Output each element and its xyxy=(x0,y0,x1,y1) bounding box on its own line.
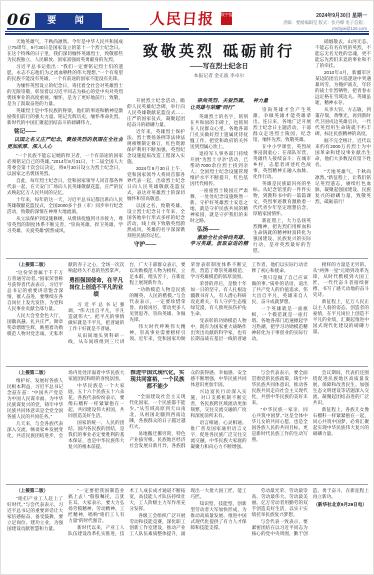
paragraph: 兴边富民行动深入实施，对口支援机制不断完善，各民族跨区域流动更加频繁，交往交流交… xyxy=(190,389,246,419)
section-intro: 以国之名义庄严纪念，褒扬英烈的氛围在全社会更加浓厚、深入人心 xyxy=(7,137,123,151)
paragraph: 十年来，每年的这一天，习近平总书记都出席向人民英雄敬献花篮仪式，全国2000多个… xyxy=(7,197,123,215)
paragraph: 新征程上，大力弘扬英烈精神，把先烈们用鲜血和生命铸就的精神财富转化为强国建设、民… xyxy=(253,218,311,254)
paragraph: 会议期间，代表们还围绕促进民族地区高质量发展、保障和改善民生、加强生态文明建设等… xyxy=(313,370,369,406)
paragraph: 据不完全统计，近代以来约有2000万名烈士为中国革命和建设事业献出生命，他们大多… xyxy=(315,138,371,168)
paragraph: “中华民族一家亲，同心共筑中国梦。”这是全体中华儿女的共同心愿，也是全国各族人民… xyxy=(252,407,308,443)
paragraph: 语言相通、心灵相通。推广普及国家通用语言文字，促进各民族广泛交往交流交融，中华民… xyxy=(190,420,246,450)
crosshead: 推进中国式现代化，实现共同富裕，一个民族都不能少 xyxy=(130,370,184,391)
paragraph: 劳动最光荣、劳动最崇高、劳动最伟大、劳动最美丽。亿万劳动者用勤劳的双手创造美好生… xyxy=(252,488,308,518)
paragraph: 英雄烈士的名字，铭刻在共和国的丰碑上，也铭刻在人民群众心里。各地各部门扎实做好烈… xyxy=(190,114,248,150)
continued-marker: （上接第二版） xyxy=(7,262,63,269)
credit-line: （新华社北京9月29日电） xyxy=(313,502,369,508)
paragraph: “我只是做了自己应该做的事。”质朴的话语，道出了共产党人的价值追求。伟大出自平凡… xyxy=(252,275,308,305)
masthead-rule xyxy=(5,31,369,35)
paragraph: 一座座烈士陵园庄严肃穆，一处处纪念设施焕然一新。守护好英雄烈士安息之地，就是守护… xyxy=(190,188,248,224)
page-number: 06 xyxy=(7,12,31,28)
paragraph: 习近平总书记强调，“伟大出自平凡，平凡造就伟大”。把平凡的事情做好就是不平凡，把… xyxy=(68,302,124,332)
continued-marker: （上接第二版） xyxy=(7,370,63,377)
paragraph: 崇尚英雄才会产生英雄，争做英雄才能英雄辈出。连日来，各地广泛开展烈士纪念日主题活… xyxy=(253,107,311,143)
paragraph: 2024年9月30日上午，党和国家领导人将同首都各界代表一起，出席烈士纪念日向人… xyxy=(127,166,185,202)
main-article-right-column: 硝烟散去，山河无恙。不能忘有名有姓的英烈，不能忘无名无姓的忠魂，更不能忘先烈们未… xyxy=(315,39,371,254)
paragraph: 在中小学课堂，英烈故事浸润童心；在部队军营，英雄传人接续奋斗；在城市乡村，志愿者… xyxy=(253,144,311,180)
paragraph: 习近平总书记指出：“我们一定要铭记烈士们的遗愿，永志不忘他们为之流血牺牲的伟大理… xyxy=(7,64,123,82)
paragraph: “功勋模范人物是民族的精英、人民的楷模。”与会代表表示，一定要珍惜荣誉、再接再厉… xyxy=(129,287,185,323)
paragraph: 一个英雄就是一面旗帜，一个模范就是一座灯塔。各地各部门迅速掀起学习热潮，把学习功… xyxy=(252,306,308,342)
paragraph: “一个民族不能忘记她的捍卫者，一个有前途的国家必须铭记自己的英雄。”2014年8… xyxy=(7,153,123,177)
main-article-middle-columns: 开展烈士纪念活动，瞻仰人民英雄纪念碑，举行向人民英雄敬献花篮仪式……庄严的国家仪… xyxy=(127,98,311,255)
paragraph: 国家的统一、人民的团结、国内各民族的团结，是我们的事业必定要胜利的基本保证，也是… xyxy=(68,420,124,450)
section-label: 弘扬—— xyxy=(190,226,248,234)
paragraph: 英雄烈士是中华民族的脊梁，他们的事迹和精神是激励我们前行的强大力量。铭记光辉历史… xyxy=(7,108,123,126)
paragraph: 近年来，英雄烈士保护法、烈士褒扬条例等法律法规相继制定修订，红色资源保护利用不断… xyxy=(127,129,185,165)
paragraph: “全面建设社会主义现代化国家，一个民族都不能少。”从雪域高原到天山南北，从祖国北… xyxy=(129,394,185,430)
article-divider xyxy=(6,484,368,485)
section-label: 铭记—— xyxy=(7,128,123,136)
main-headline: 致敬英烈 砥砺前行 xyxy=(127,42,311,60)
paragraph: “这份荣誉属于千千万万普通劳动者。”国家荣誉称号获得者代表表示，习近平总书记的重… xyxy=(7,270,63,312)
main-article-lede-column: 天地英雄气，千秋尚凛然。今年是中华人民共和国成立75周年，9月30日是国家设立的… xyxy=(7,39,123,254)
paragraph: 自此，每年烈士纪念日，党和国家领导人同首都各界代表一起，在天安门广场向人民英雄敬… xyxy=(7,178,123,196)
continued-marker: （上接第二版） xyxy=(7,488,63,495)
dateline: 2024年9月30日 星期一 xyxy=(262,13,367,20)
masthead-seal-icon: 数字报 xyxy=(221,12,232,25)
main-byline: 本报记者 金正波 李卓尔 xyxy=(127,74,311,80)
masthead-meta: 2024年9月30日 星期一 责编：要闻编辑室 版式：张丹峰 电子信箱：rmrb… xyxy=(262,13,367,32)
main-headline-block: 致敬英烈 砥砺前行 ——写在烈士纪念日 本报记者 金正波 李卓尔 xyxy=(127,39,311,95)
newspaper-page: 06 要 闻 人民日报 数字报 2024年9月30日 星期一 责编：要闻编辑室 … xyxy=(0,0,374,575)
article-2-continued: （上接第二版）“这份荣誉属于千千万万普通劳动者。”国家荣誉称号获得者代表表示，习… xyxy=(1,262,374,363)
section-intro: 崇尚英烈、关爱烈属，让英雄与荣耀“同行” xyxy=(190,98,248,112)
masthead: 06 要 闻 人民日报 数字报 2024年9月30日 星期一 责编：要闻编辑室 … xyxy=(7,8,367,31)
section-label: 守护—— xyxy=(127,241,185,249)
paragraph: 2010年4月，新疆军区某边防团官兵巡逻途中突遇暴风雪，为掩护战友，年轻的战士壮… xyxy=(315,70,371,106)
article-divider xyxy=(6,366,368,367)
paragraph: 新征程上，亿万人民正以主人翁的姿态、创造者的豪情，在平凡岗位上创造不平凡的业绩，… xyxy=(313,299,369,335)
paragraph: 与会代表表示，要全面贯彻党的民族政策，铸牢中华民族共同体意识，推动各民族共同走向… xyxy=(252,370,308,406)
paragraph: “一定要把我国制造业搞上去！”殷殷嘱托，言犹在耳。大家表示，要大力弘扬劳模精神、… xyxy=(68,488,124,524)
paragraph: 榜样的力量是无穷的。从“两弹一星”元勋到改革先锋，从时代楷模到大国工匠，一代代奋… xyxy=(313,262,369,298)
paragraph: 英雄是民族最闪亮的坐标。从纪念馆里的一件件实物，到教科书中的一篇篇课文，英烈事迹… xyxy=(253,181,311,217)
paragraph: 从立法保护到设施修缮，从褒扬抚恤到寻亲接力，尊崇英烈的制度体系不断完善，“崇尚英… xyxy=(7,216,123,234)
page-number-block: 06 要 闻 xyxy=(7,10,129,30)
article-divider xyxy=(6,258,368,259)
paragraph: 中华民族是一个大家庭，五十六个民族五十六朵花。各族代表纷纷表示，要像石榴籽一样紧… xyxy=(68,383,124,419)
paragraph: 天地英雄气，千秋尚凛然。今年是中华人民共和国成立75周年，9月30日是国家设立的… xyxy=(7,39,123,63)
paragraph: 荣誉的背后，是数十年如一日的坚守。有人扎根边疆教书育人，有人潜心科研攻克难关，有… xyxy=(190,281,246,317)
paragraph: 开展烈士纪念活动，瞻仰人民英雄纪念碑，举行向人民英雄敬献花篮仪式……庄严的国家仪… xyxy=(127,98,185,128)
paragraph: 为缅怀英烈设立的纪念日，寄托着全社会对英雄烈士的无限崇敬，彰显着以习近平同志为核… xyxy=(7,83,123,107)
crosshead: 勇担强国使命，在平凡岗位上创造不平凡的业绩 xyxy=(69,278,123,299)
paragraph: 从李大钊、方志敏，到董存瑞、黄继光，再到新时代卫国戍边英雄官兵，一代代英烈用生命… xyxy=(315,107,371,137)
main-article: 天地英雄气，千秋尚凛然。今年是中华人民共和国成立75周年，9月30日是国家设立的… xyxy=(1,38,374,256)
section-badge: 要 闻 xyxy=(35,13,102,28)
masthead-logo: 人民日报 数字报 xyxy=(125,8,257,30)
paragraph: 硝烟散去，山河无恙。不能忘有名有姓的英烈，不能忘无名无姓的忠魂，更不能忘先烈们未… xyxy=(315,39,371,69)
paragraph: 知识型、技能型、创新型劳动者大军加快形成，为推动高质量发展、推进中国式现代化提供… xyxy=(190,501,246,531)
paragraph: 新征程上，各族儿女像石榴籽一样紧紧抱在一起，同心共筑中国梦，必将汇聚起实现中华民… xyxy=(313,407,369,437)
article-4-continued: （上接第二版）“咱们产业工人赶上了好时代。”与会代表表示，习近平总书记的重要讲话… xyxy=(1,488,374,570)
paragraph: 维护好、发展好各族人民根本利益，习近平总书记念兹在兹：“中国共产党是为中国人民谋… xyxy=(7,378,63,420)
paragraph: “天地英雄气，千秋尚凛然。”新征程上，让我们铭记英烈遗志，赓续红色血脉，凝聚起强… xyxy=(315,169,371,205)
main-subhead: ——写在烈士纪念日 xyxy=(127,63,311,71)
paragraph: 以国之名，致敬英雄。设立烈士纪念日十年来，全国各地举行形式多样的纪念活动，线上线… xyxy=(127,203,185,239)
masthead-title: 人民日报 xyxy=(149,8,215,30)
paragraph: “咱们产业工人赶上了好时代。”与会代表表示，习近平总书记的重要讲话让大家倍感振奋… xyxy=(7,496,63,532)
paragraph: 退役军人事务部门持续开展“为烈士寻亲”活动，已帮助7000余位烈士找到亲人；全国… xyxy=(190,151,248,187)
article-3-continued: （上接第二版）维护好、发展好各族人民根本利益，习近平总书记念兹在兹：“中国共产党… xyxy=(1,370,374,481)
